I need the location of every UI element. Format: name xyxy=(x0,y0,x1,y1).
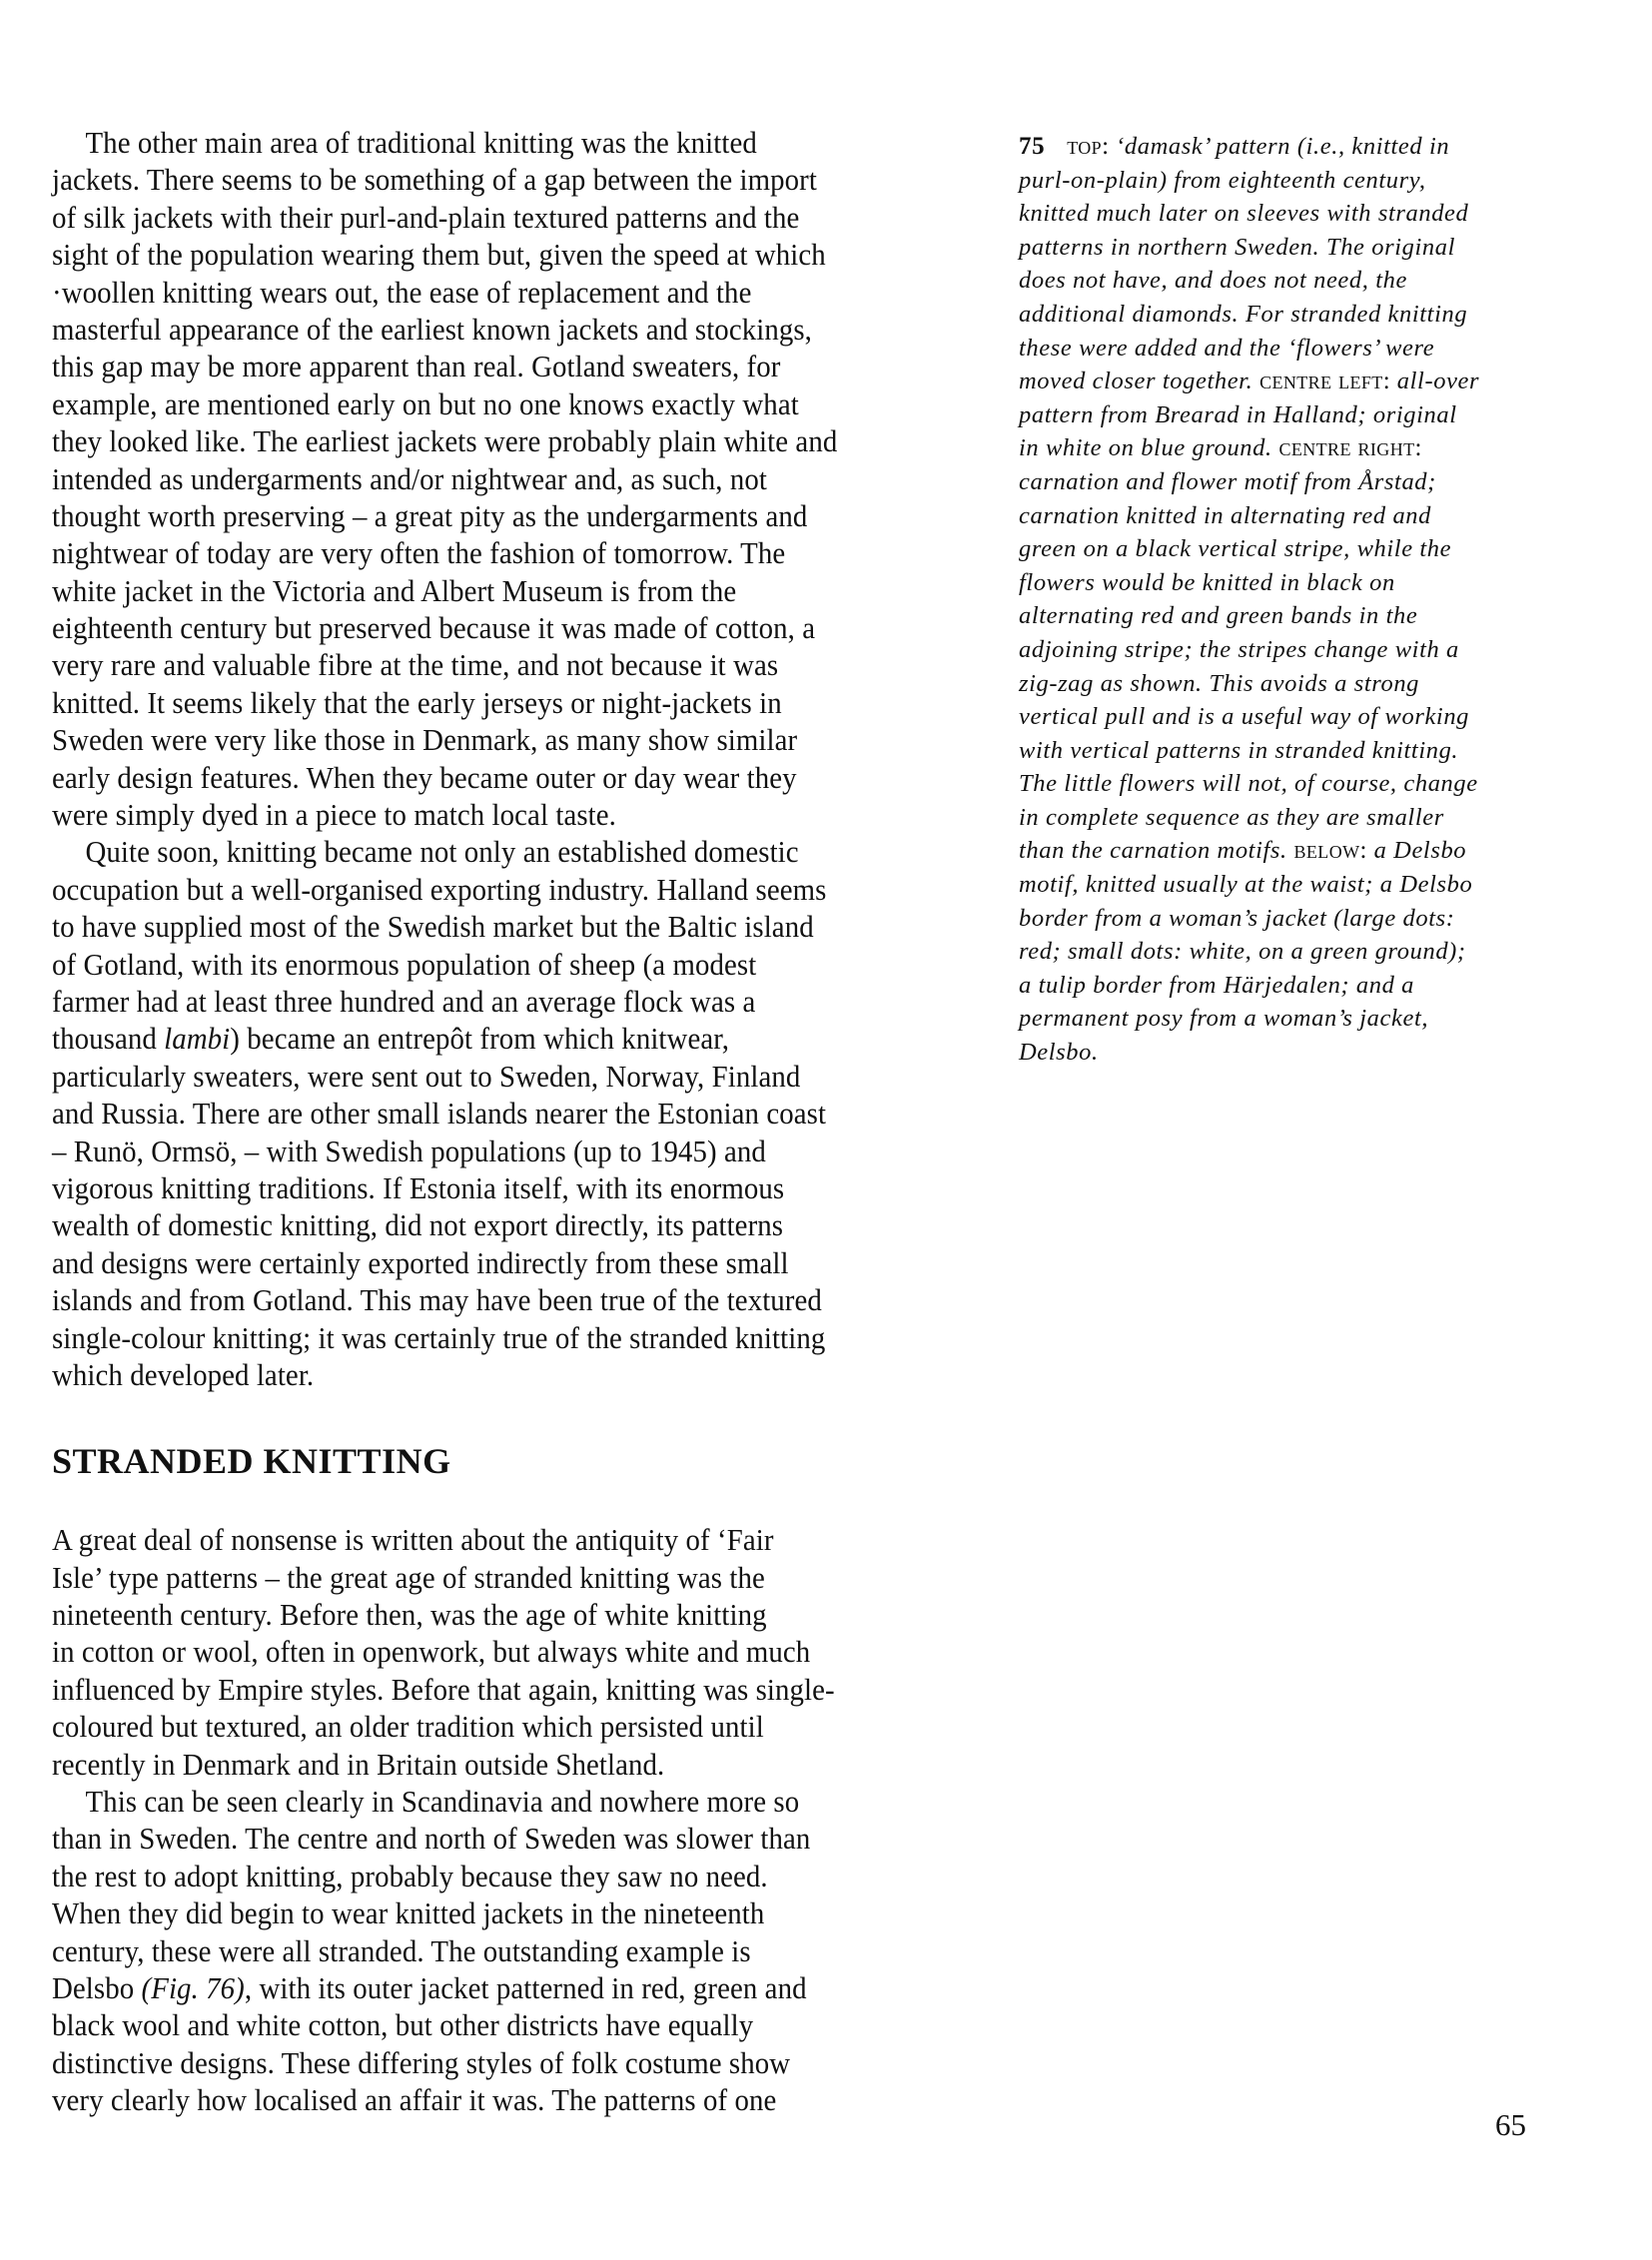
caption-line: flowers would be knitted in black on xyxy=(1019,566,1588,600)
caption-line: in complete sequence as they are smaller xyxy=(1019,801,1588,835)
text-line: masterful appearance of the earliest kno… xyxy=(52,311,916,348)
text-line: of silk jackets with their purl-and-plai… xyxy=(52,199,916,236)
caption-line: The little flowers will not, of course, … xyxy=(1019,767,1588,801)
text-line: sight of the population wearing them but… xyxy=(52,236,916,273)
text-line: influenced by Empire styles. Before that… xyxy=(52,1671,916,1708)
caption-line: adjoining stripe; the stripes change wit… xyxy=(1019,633,1588,667)
text-line: intended as undergarments and/or nightwe… xyxy=(52,460,916,497)
caption-line: these were added and the ‘flowers’ were xyxy=(1019,332,1588,366)
paragraph-fair-isle: A great deal of nonsense is written abou… xyxy=(52,1521,981,1783)
text-line: knitted. It seems likely that the early … xyxy=(52,684,916,721)
text-line: recently in Denmark and in Britain outsi… xyxy=(52,1746,916,1783)
text-line: single-colour knitting; it was certainly… xyxy=(52,1319,916,1356)
text-line: black wool and white cotton, but other d… xyxy=(52,2006,916,2043)
caption-line: alternating red and green bands in the xyxy=(1019,599,1588,633)
caption-line: green on a black vertical stripe, while … xyxy=(1019,532,1588,566)
caption-text: all-over xyxy=(1397,368,1479,394)
caption-text: ‘damask’ pattern (i.e., knitted in xyxy=(1116,133,1449,160)
text-line: distinctive designs. These differing sty… xyxy=(52,2044,916,2081)
text-line: A great deal of nonsense is written abou… xyxy=(52,1521,916,1558)
text-line: in cotton or wool, often in openwork, bu… xyxy=(52,1633,916,1670)
caption-line: knitted much later on sleeves with stran… xyxy=(1019,197,1588,231)
text-line: coloured but textured, an older traditio… xyxy=(52,1708,916,1745)
caption-line: zig-zag as shown. This avoids a strong xyxy=(1019,667,1588,701)
text-line: this gap may be more apparent than real.… xyxy=(52,348,916,384)
text-line: century, these were all stranded. The ou… xyxy=(52,1932,916,1969)
caption-line: border from a woman’s jacket (large dots… xyxy=(1019,902,1588,936)
text-line: occupation but a well-organised exportin… xyxy=(52,871,916,908)
section-heading: STRANDED KNITTING xyxy=(52,1441,981,1481)
figure-number: 75 xyxy=(1019,133,1045,160)
text-run: thousand xyxy=(52,1021,164,1056)
caption-text: in white on blue ground. xyxy=(1019,434,1272,461)
caption-label-below: BELOW: xyxy=(1294,837,1367,864)
text-line: early design features. When they became … xyxy=(52,759,916,796)
caption-line: permanent posy from a woman’s jacket, xyxy=(1019,1002,1588,1036)
italic-term-lambi: lambi xyxy=(164,1021,230,1056)
text-line: wealth of domestic knitting, did not exp… xyxy=(52,1206,916,1243)
text-line: very rare and valuable fibre at the time… xyxy=(52,646,916,683)
text-line: which developed later. xyxy=(52,1356,916,1393)
text-line: they looked like. The earliest jackets w… xyxy=(52,422,916,459)
caption-label-top: TOP: xyxy=(1067,133,1109,160)
text-line: nineteenth century. Before then, was the… xyxy=(52,1596,916,1633)
caption-line: a tulip border from Härjedalen; and a xyxy=(1019,969,1588,1003)
caption-line: pattern from Brearad in Halland; origina… xyxy=(1019,398,1588,432)
text-line: This can be seen clearly in Scandinavia … xyxy=(52,1783,916,1820)
text-run: ) became an entrepôt from which knitwear… xyxy=(230,1021,729,1056)
caption-line: in white on blue ground. CENTRE RIGHT: xyxy=(1019,431,1588,465)
text-line: and Russia. There are other small island… xyxy=(52,1095,916,1131)
book-page: The other main area of traditional knitt… xyxy=(0,0,1652,2260)
text-line: and designs were certainly exported indi… xyxy=(52,1244,916,1281)
text-line: Sweden were very like those in Denmark, … xyxy=(52,721,916,758)
main-text-column: The other main area of traditional knitt… xyxy=(52,124,981,2119)
caption-line: Delsbo. xyxy=(1019,1036,1588,1070)
text-line: white jacket in the Victoria and Albert … xyxy=(52,572,916,609)
caption-line: motif, knitted usually at the waist; a D… xyxy=(1019,868,1588,902)
text-run: Delsbo xyxy=(52,1970,142,2005)
text-line: Isle’ type patterns – the great age of s… xyxy=(52,1559,916,1596)
figure-reference: (Fig. 76) xyxy=(142,1970,245,2005)
text-line: particularly sweaters, were sent out to … xyxy=(52,1058,916,1095)
caption-line: does not have, and does not need, the xyxy=(1019,264,1588,298)
text-line: than in Sweden. The centre and north of … xyxy=(52,1820,916,1857)
text-line: eighteenth century but preserved because… xyxy=(52,609,916,646)
caption-line: 75TOP: ‘damask’ pattern (i.e., knitted i… xyxy=(1019,130,1588,164)
text-line: the rest to adopt knitting, probably bec… xyxy=(52,1858,916,1894)
caption-label-centre-right: CENTRE RIGHT: xyxy=(1278,434,1421,461)
text-line: The other main area of traditional knitt… xyxy=(52,124,916,161)
caption-label-centre-left: CENTRE LEFT: xyxy=(1259,368,1390,394)
caption-line: than the carnation motifs. BELOW: a Dels… xyxy=(1019,834,1588,868)
caption-line: carnation knitted in alternating red and xyxy=(1019,499,1588,533)
caption-line: moved closer together. CENTRE LEFT: all-… xyxy=(1019,365,1588,398)
caption-line: purl-on-plain) from eighteenth century, xyxy=(1019,164,1588,198)
caption-line: patterns in northern Sweden. The origina… xyxy=(1019,231,1588,265)
caption-text: than the carnation motifs. xyxy=(1019,837,1287,864)
text-line: of Gotland, with its enormous population… xyxy=(52,946,916,983)
caption-line: red; small dots: white, on a green groun… xyxy=(1019,935,1588,969)
paragraph-scandinavia: This can be seen clearly in Scandinavia … xyxy=(52,1783,981,2119)
text-line: farmer had at least three hundred and an… xyxy=(52,983,916,1020)
text-line: example, are mentioned early on but no o… xyxy=(52,385,916,422)
text-line: islands and from Gotland. This may have … xyxy=(52,1281,916,1318)
paragraph-exporting-industry: Quite soon, knitting became not only an … xyxy=(52,833,981,1393)
text-line: jackets. There seems to be something of … xyxy=(52,161,916,198)
caption-line: vertical pull and is a useful way of wor… xyxy=(1019,700,1588,734)
text-line: thousand lambi) became an entrepôt from … xyxy=(52,1020,916,1057)
caption-line: additional diamonds. For stranded knitti… xyxy=(1019,298,1588,332)
text-line: to have supplied most of the Swedish mar… xyxy=(52,908,916,945)
text-line: Delsbo (Fig. 76), with its outer jacket … xyxy=(52,1969,916,2006)
page-number: 65 xyxy=(1495,2108,1526,2142)
text-line: vigorous knitting traditions. If Estonia… xyxy=(52,1169,916,1206)
caption-line: carnation and flower motif from Årstad; xyxy=(1019,465,1588,499)
text-line: – Runö, Ormsö, – with Swedish population… xyxy=(52,1132,916,1169)
text-line: thought worth preserving – a great pity … xyxy=(52,497,916,534)
text-line: Quite soon, knitting became not only an … xyxy=(52,833,916,870)
caption-text: a Delsbo xyxy=(1374,837,1467,864)
text-line: very clearly how localised an affair it … xyxy=(52,2081,916,2118)
figure-caption: 75TOP: ‘damask’ pattern (i.e., knitted i… xyxy=(1019,130,1588,1070)
caption-text: moved closer together. xyxy=(1019,368,1252,394)
text-run: , with its outer jacket patterned in red… xyxy=(245,1970,807,2005)
text-line: nightwear of today are very often the fa… xyxy=(52,534,916,571)
caption-line: with vertical patterns in stranded knitt… xyxy=(1019,734,1588,768)
text-line: ·woollen knitting wears out, the ease of… xyxy=(52,274,916,311)
paragraph-traditional-jackets: The other main area of traditional knitt… xyxy=(52,124,981,833)
text-line: When they did begin to wear knitted jack… xyxy=(52,1894,916,1931)
text-line: were simply dyed in a piece to match loc… xyxy=(52,796,916,833)
